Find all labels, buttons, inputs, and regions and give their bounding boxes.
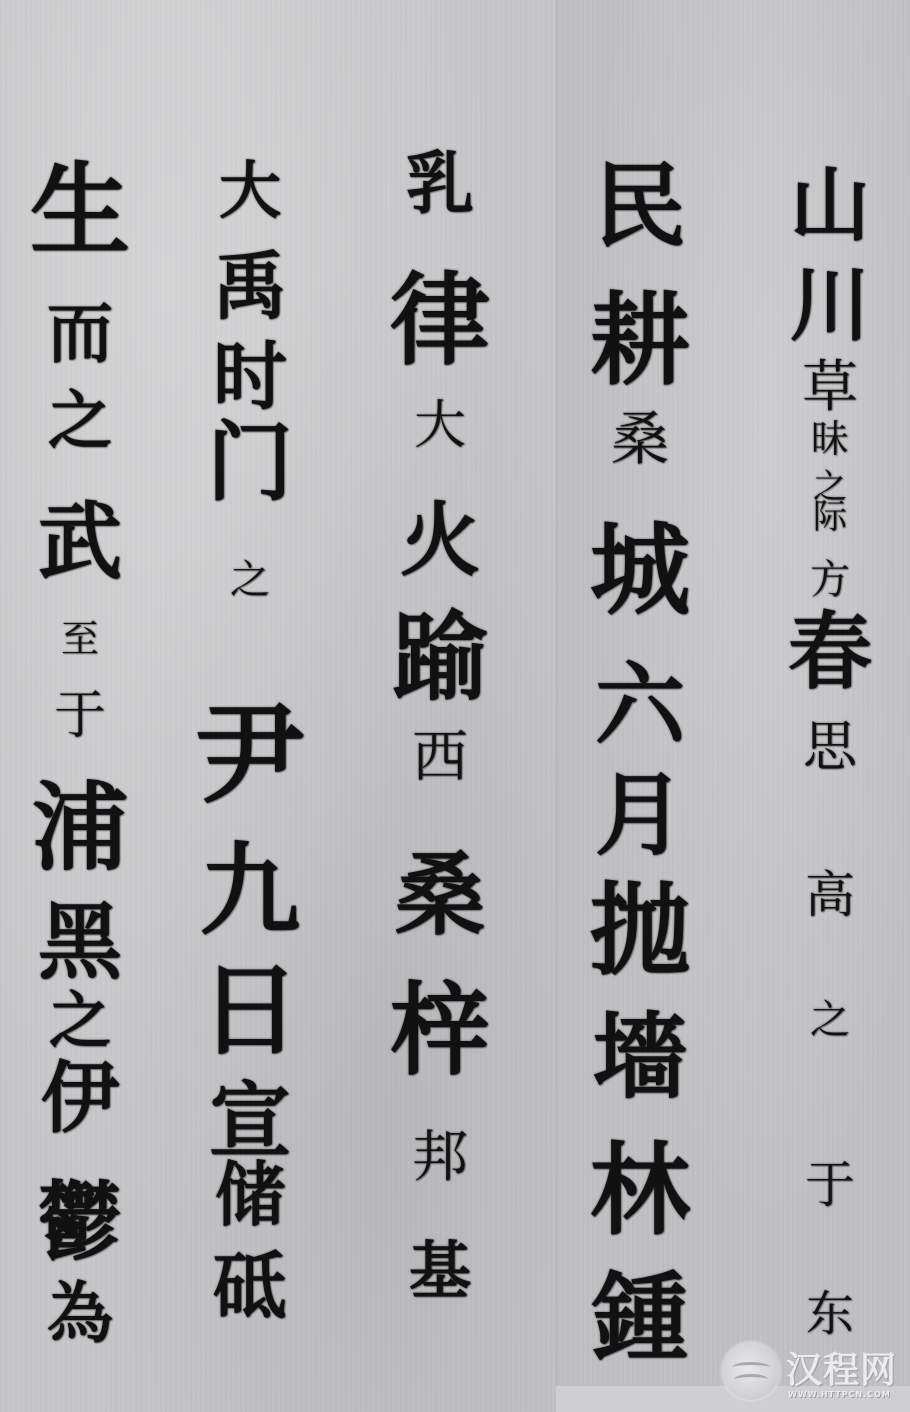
calligraphy-character: 九 xyxy=(200,840,300,940)
calligraphy-character: 尹 xyxy=(195,700,305,810)
calligraphy-character: 浦 xyxy=(32,780,128,876)
calligraphy-character: 為 xyxy=(47,1280,113,1346)
calligraphy-character: 大 xyxy=(414,400,466,452)
calligraphy-character: 于 xyxy=(805,1160,855,1210)
calligraphy-character: 律 xyxy=(390,270,490,370)
calligraphy-character: 耕 xyxy=(590,290,690,390)
watermark: 汉程网 WWW.HTTPCN.COM xyxy=(722,1338,910,1408)
calligraphy-character: 鬱 xyxy=(37,1180,123,1266)
calligraphy-character: 高 xyxy=(805,870,855,920)
calligraphy-character: 时 xyxy=(213,340,287,414)
calligraphy-character: 之 xyxy=(49,990,111,1052)
calligraphy-character: 梓 xyxy=(390,980,490,1080)
calligraphy-character: 林 xyxy=(590,1140,690,1240)
calligraphy-character: 川 xyxy=(790,265,870,345)
calligraphy-character: 门 xyxy=(207,420,293,506)
calligraphy-character: 基 xyxy=(409,1240,471,1302)
calligraphy-character: 桑 xyxy=(611,410,669,468)
calligraphy-character: 民 xyxy=(594,160,686,252)
wave-logo-icon xyxy=(722,1342,780,1400)
calligraphy-character: 草 xyxy=(802,360,858,416)
calligraphy-character: 墻 xyxy=(593,1010,687,1104)
calligraphy-character: 乳 xyxy=(406,150,474,218)
calligraphy-character: 火 xyxy=(400,500,480,580)
calligraphy-character: 至 xyxy=(61,620,99,658)
calligraphy-character: 伊 xyxy=(41,1060,119,1138)
calligraphy-character: 抛 xyxy=(590,880,690,980)
calligraphy-character: 黑 xyxy=(38,900,122,984)
calligraphy-character: 而 xyxy=(47,300,113,366)
calligraphy-character: 生 xyxy=(30,160,130,260)
calligraphy-character: 山 xyxy=(790,165,870,245)
calligraphy-character: 武 xyxy=(38,500,122,584)
calligraphy-character: 昧 xyxy=(811,420,849,458)
calligraphy-character: 六 xyxy=(595,660,685,750)
calligraphy-character: 春 xyxy=(788,610,872,694)
calligraphy-character: 方 xyxy=(810,560,850,600)
calligraphy-character: 之 xyxy=(48,390,112,454)
calligraphy-character: 之 xyxy=(230,560,270,600)
calligraphy-character: 宣 xyxy=(209,1080,291,1162)
calligraphy-character: 城 xyxy=(590,520,690,620)
calligraphy-character: 之 xyxy=(810,1000,850,1040)
watermark-title: 汉程网 xyxy=(786,1342,897,1393)
calligraphy-character: 日 xyxy=(200,960,300,1060)
calligraphy-character: 月 xyxy=(595,770,685,860)
calligraphy-character: 砥 xyxy=(213,1250,287,1324)
calligraphy-character: 思 xyxy=(803,720,857,774)
calligraphy-character: 西 xyxy=(412,730,468,786)
calligraphy-character: 禹 xyxy=(213,250,287,324)
calligraphy-character: 邦 xyxy=(412,1130,468,1186)
calligraphy-character: 于 xyxy=(54,690,106,742)
calligraphy-character: 大 xyxy=(219,160,281,222)
calligraphy-character: 东 xyxy=(806,1290,854,1338)
calligraphy-character: 储 xyxy=(215,1160,285,1230)
calligraphy-character: 踰 xyxy=(392,610,488,706)
watermark-url: WWW.HTTPCN.COM xyxy=(788,1390,891,1399)
calligraphy-character: 桑 xyxy=(395,850,485,940)
calligraphy-character: 鍾 xyxy=(592,1270,688,1366)
calligraphy-character: 际 xyxy=(813,500,847,534)
